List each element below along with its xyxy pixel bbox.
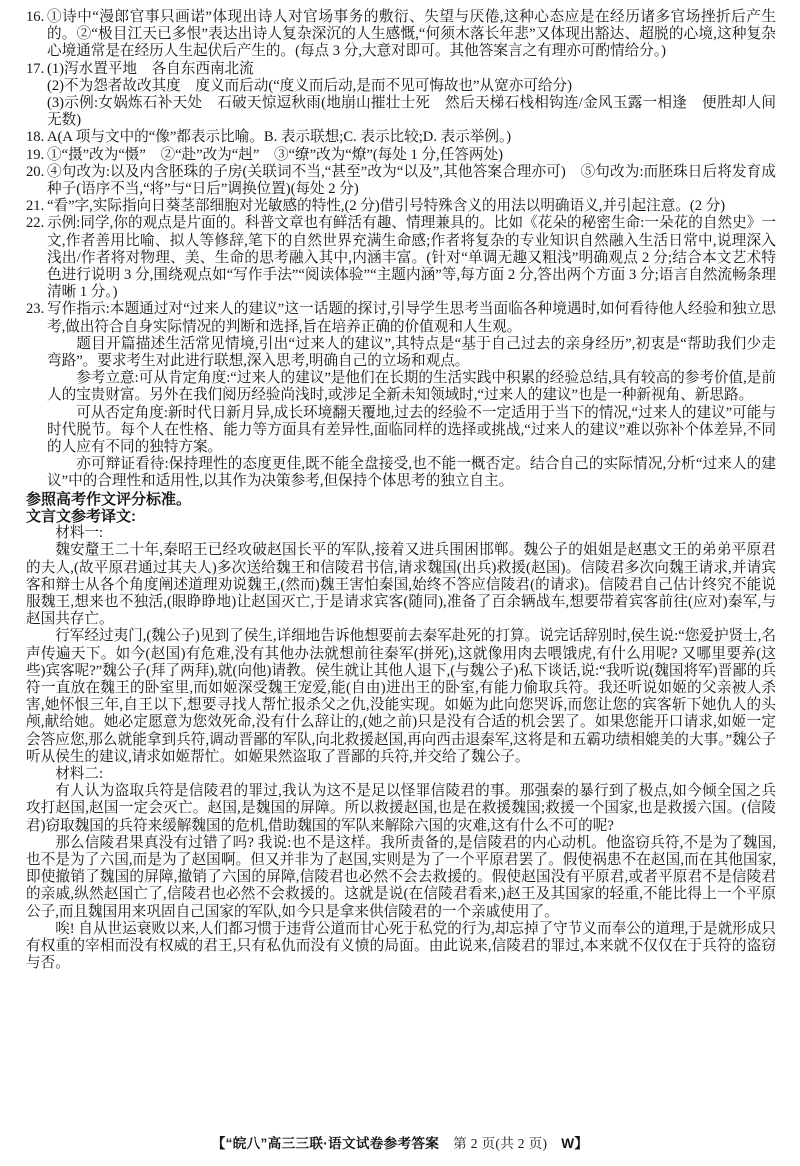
answer-text: ①诗中“漫郎官事只画诺”体现出诗人对官场事务的敷衍、失望与厌倦,这种心态应是在经… (47, 9, 776, 59)
footer-version-code: W】 (547, 1136, 588, 1151)
answer-line: (1)泻水置平地 各自东西南北流 (47, 61, 776, 78)
item-number: 21. (26, 198, 44, 215)
item-number: 18. (26, 129, 44, 146)
material-2-label: 材料二: (26, 766, 776, 783)
answer-item-21: 21.“看”字,实际指向日葵茎部细胞对光敏感的特性,(2 分)借引号特殊含义的用… (26, 198, 776, 215)
translation-paragraph: 唉! 自从世运衰败以来,人们都习惯于违背公道而甘心死于私党的行为,却忘掉了守节义… (26, 921, 776, 973)
answer-paragraph: 可从否定角度:新时代日新月异,成长环境翻天覆地,过去的经验不一定适用于当下的情况… (47, 405, 776, 457)
answer-text: “看”字,实际指向日葵茎部细胞对光敏感的特性,(2 分)借引号特殊含义的用法以明… (47, 198, 725, 214)
answer-line: (2)不为怨者故改其度 度义而后动(“度义而后动,是而不见可悔故也”从宽亦可给分… (47, 78, 776, 95)
answer-text: ①“摄”改为“慑” ②“赴”改为“赳” ③“缭”改为“燎”(每处 1 分,任答两… (47, 147, 503, 163)
item-number: 23. (26, 301, 44, 318)
material-1-label: 材料一: (26, 525, 776, 542)
translation-paragraph: 魏安釐王二十年,秦昭王已经攻破赵国长平的军队,接着又进兵围困邯郸。魏公子的姐姐是… (26, 542, 776, 628)
item-number: 17. (26, 61, 44, 78)
translation-paragraph: 有人认为盗取兵符是信陵君的罪过,我认为这不是足以怪罪信陵君的事。那强秦的暴行到了… (26, 783, 776, 835)
answer-item-17: 17. (1)泻水置平地 各自东西南北流 (2)不为怨者故改其度 度义而后动(“… (26, 61, 776, 130)
answer-item-18: 18.A(A 项与文中的“像”都表示比喻。B. 表示联想;C. 表示比较;D. … (26, 129, 776, 146)
answer-item-19: 19.①“摄”改为“慑” ②“赴”改为“赳” ③“缭”改为“燎”(每处 1 分,… (26, 147, 776, 164)
item-number: 19. (26, 147, 44, 164)
item-number: 16. (26, 9, 44, 26)
answer-paragraph: 亦可辩证看待:保持理性的态度更佳,既不能全盘接受,也不能一概否定。结合自己的实际… (47, 456, 776, 490)
answer-item-20: 20.④句改为:以及内含胚珠的子房(关联词不当,“甚至”改为“以及”,其他答案合… (26, 164, 776, 198)
footer-paper-title: 语文试卷参考答案 (328, 1136, 439, 1151)
answer-item-22: 22.示例:同学,你的观点是片面的。科普文章也有鲜活有趣、情理兼具的。比如《花朵… (26, 215, 776, 301)
item-number: 22. (26, 215, 44, 232)
answer-item-23: 23.写作指示:本题通过对“过来人的建议”这一话题的探讨,引导学生思考当面临各种… (26, 301, 776, 490)
page-footer: 【“皖八”高三三联·语文试卷参考答案 第 2 页(共 2 页) W】 (0, 1135, 800, 1152)
answer-item-16: 16.①诗中“漫郎官事只画诺”体现出诗人对官场事务的敷衍、失望与厌倦,这种心态应… (26, 9, 776, 61)
answer-text: 示例:同学,你的观点是片面的。科普文章也有鲜活有趣、情理兼具的。比如《花朵的秘密… (47, 215, 776, 300)
answer-text: 写作指示:本题通过对“过来人的建议”这一话题的探讨,引导学生思考当面临各种境遇时… (47, 301, 776, 334)
answer-paragraph: 参考立意:可从肯定角度:“过来人的建议”是他们在长期的生活实践中积累的经验总结,… (47, 370, 776, 404)
answer-paragraph: 题目开篇描述生活常见情境,引出“过来人的建议”,其特点是“基于自己过去的亲身经历… (47, 336, 776, 370)
answer-list: 16.①诗中“漫郎官事只画诺”体现出诗人对官场事务的敷衍、失望与厌倦,这种心态应… (26, 9, 776, 972)
translation-header: 文言文参考译文: (26, 508, 776, 525)
answer-text: ④句改为:以及内含胚珠的子房(关联词不当,“甚至”改为“以及”,其他答案合理亦可… (47, 164, 776, 197)
answer-text: A(A 项与文中的“像”都表示比喻。B. 表示联想;C. 表示比较;D. 表示举… (47, 129, 511, 145)
translation-paragraph: 那么信陵君果真没有过错了吗? 我说:也不是这样。我所责备的,是信陵君的内心动机。… (26, 835, 776, 921)
item-number: 20. (26, 164, 44, 181)
footer-exam-name: 【“皖八”高三三联· (212, 1136, 328, 1151)
classical-translation-section: 材料一: 魏安釐王二十年,秦昭王已经攻破赵国长平的军队,接着又进兵围困邯郸。魏公… (26, 525, 776, 972)
footer-page-number: 第 2 页(共 2 页) (439, 1136, 547, 1151)
answer-line: (3)示例:女娲炼石补天处 石破天惊逗秋雨(地崩山摧壮士死 然后天梯石栈相钩连/… (47, 95, 776, 129)
scoring-standard-header: 参照高考作文评分标准。 (26, 491, 776, 508)
exam-answer-key-page: 16.①诗中“漫郎官事只画诺”体现出诗人对官场事务的敷衍、失望与厌倦,这种心态应… (0, 0, 800, 1166)
translation-paragraph: 行军经过夷门,(魏公子)见到了侯生,详细地告诉他想要前去秦军赴死的打算。说完话辞… (26, 628, 776, 766)
